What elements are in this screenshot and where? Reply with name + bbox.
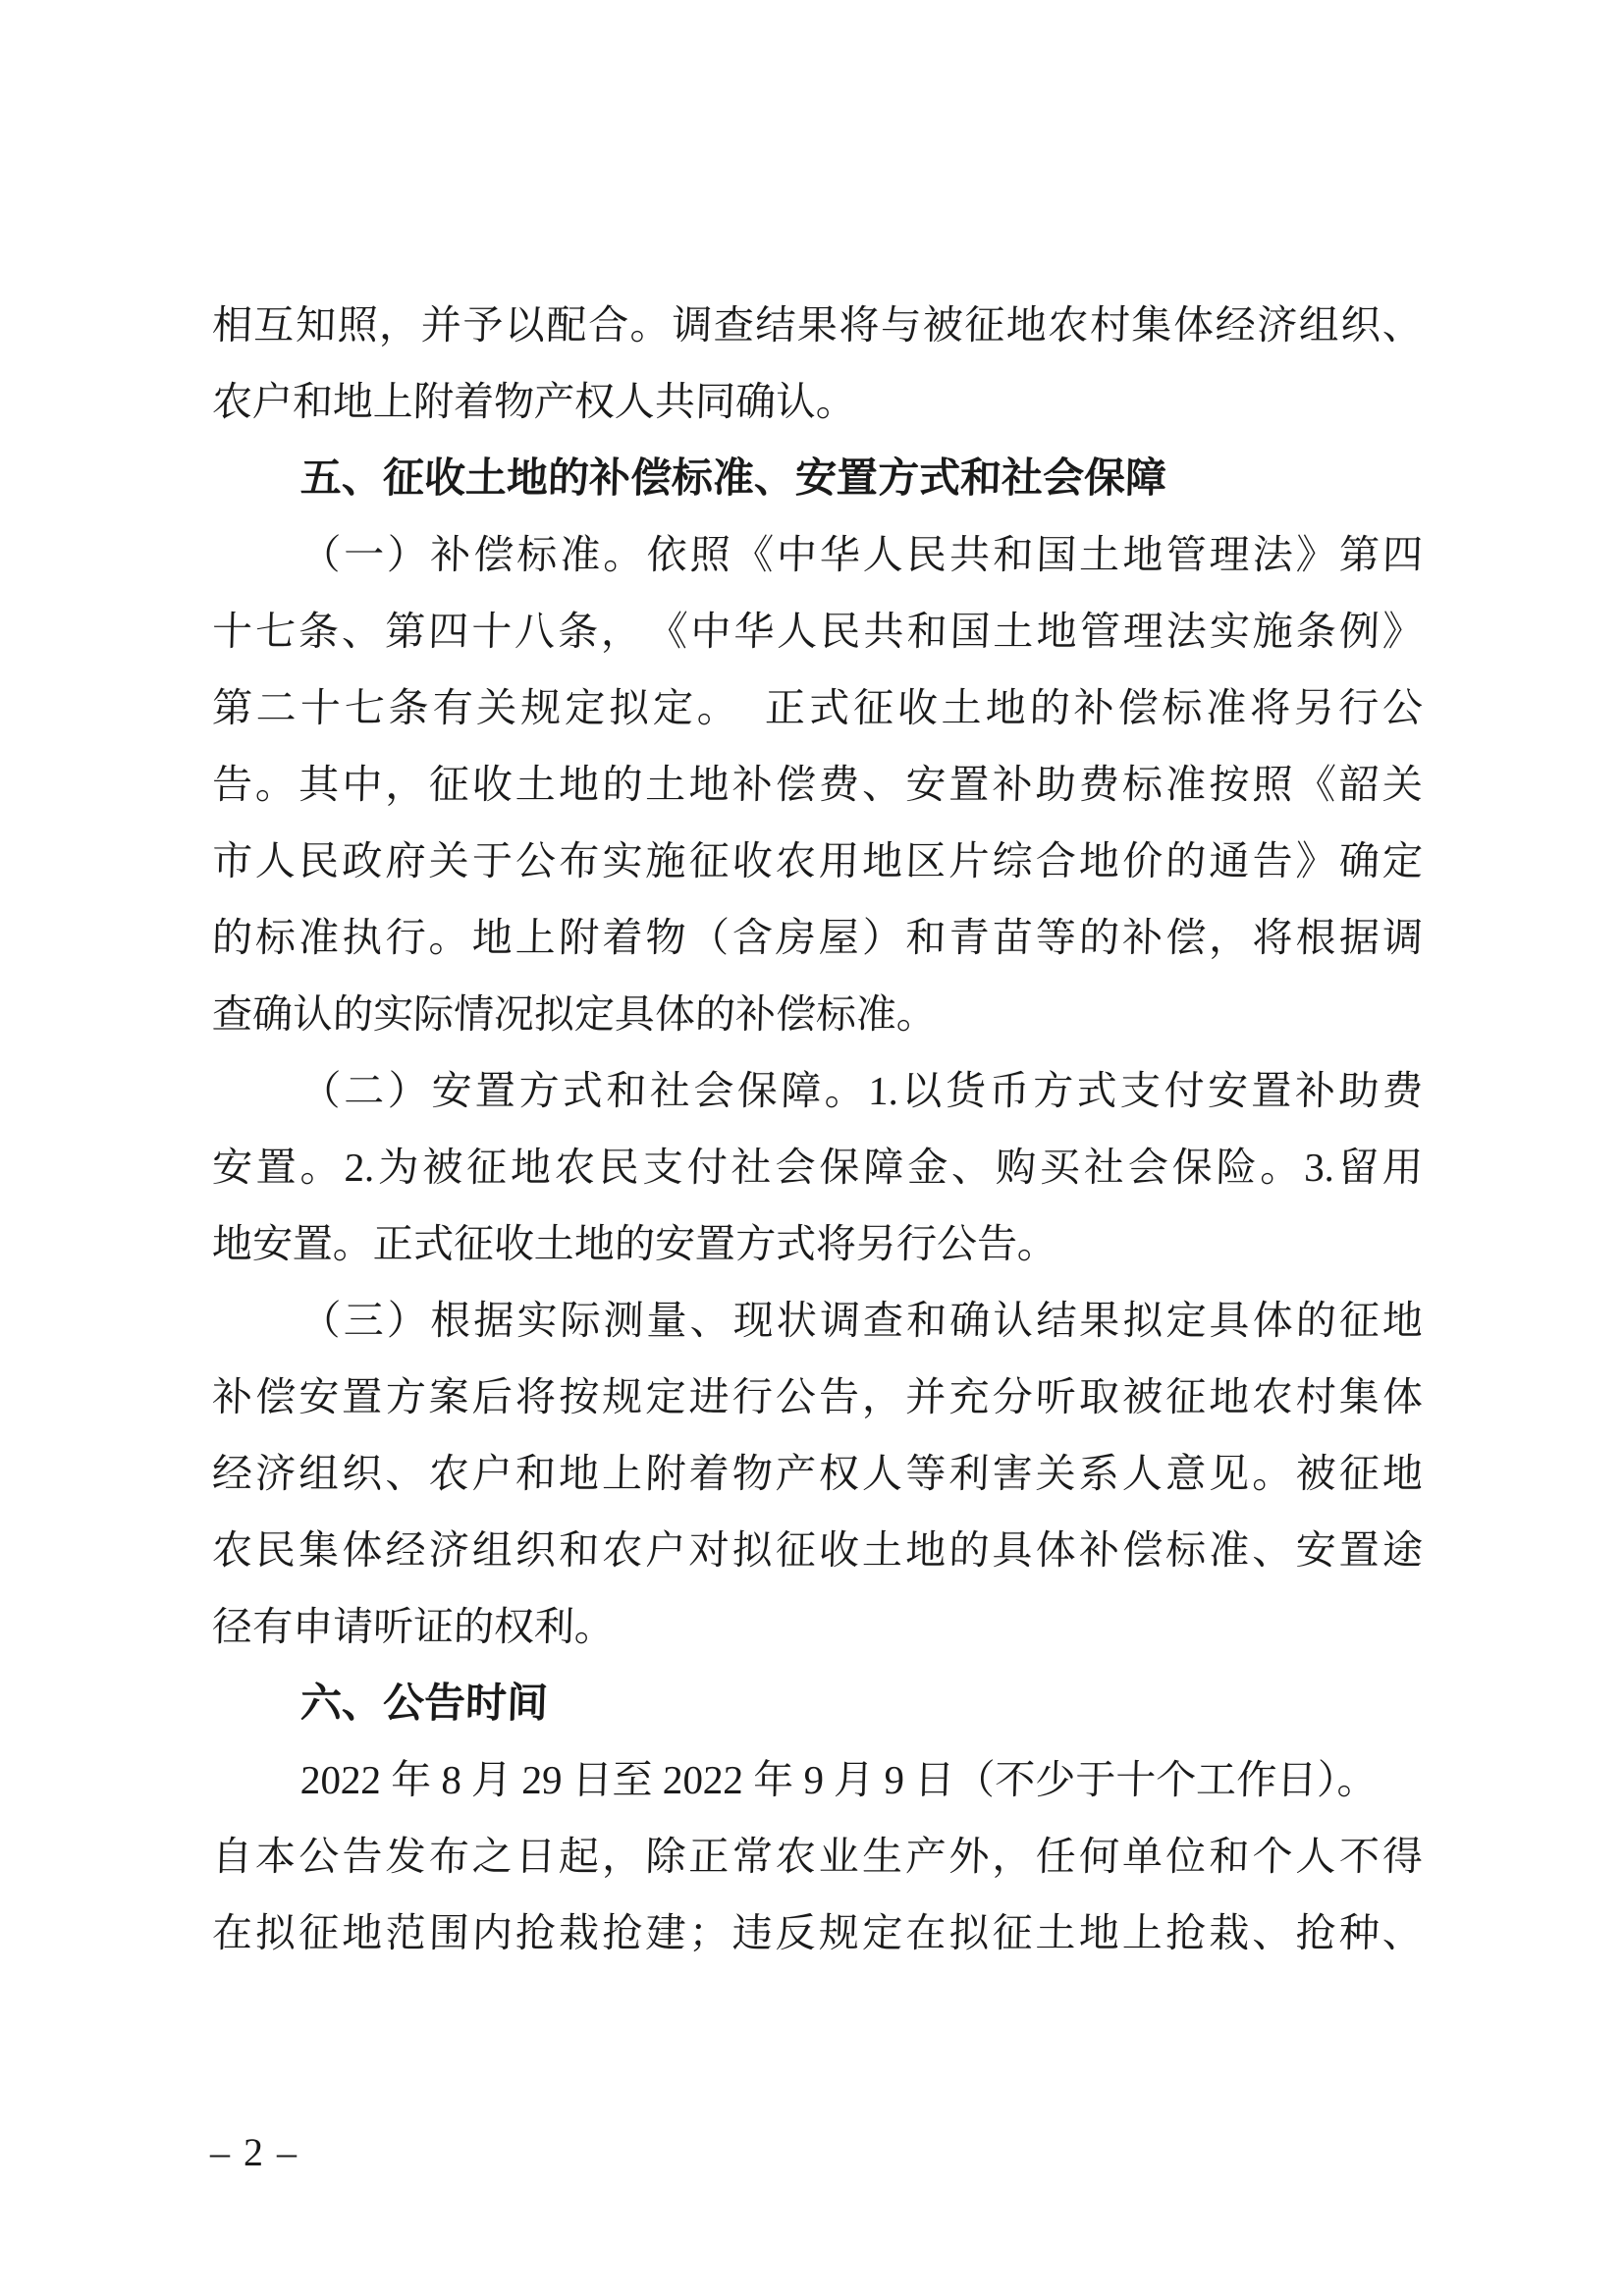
text-line: 农民集体经济组织和农户对拟征收土地的具体补偿标准、安置途 xyxy=(211,1512,1424,1588)
text-line: 径有申请听证的权利。 xyxy=(211,1588,1424,1665)
text-line: 在拟征地范围内抢栽抢建；违反规定在拟征土地上抢栽、抢种、 xyxy=(211,1895,1424,1971)
section-heading: 五、征收土地的补偿标准、安置方式和社会保障 xyxy=(211,440,1424,516)
text-line: 的标准执行。地上附着物（含房屋）和青苗等的补偿，将根据调 xyxy=(211,899,1424,976)
text-line: 2022 年 8 月 29 日至 2022 年 9 月 9 日（不少于十个工作日… xyxy=(211,1741,1424,1818)
section-heading: 六、公告时间 xyxy=(211,1665,1424,1741)
text-line: 相互知照，并予以配合。调查结果将与被征地农村集体经济组织、 xyxy=(211,287,1424,363)
page-number: – 2 – xyxy=(210,2128,298,2177)
text-line: （一）补偿标准。依照《中华人民共和国土地管理法》第四 xyxy=(211,516,1424,593)
text-line: 安置。2.为被征地农民支付社会保障金、购买社会保险。3.留用 xyxy=(211,1129,1424,1205)
text-line: 查确认的实际情况拟定具体的补偿标准。 xyxy=(211,976,1424,1052)
text-line: （二）安置方式和社会保障。1.以货币方式支付安置补助费 xyxy=(211,1052,1424,1129)
text-line: 告。其中，征收土地的土地补偿费、安置补助费标准按照《韶关 xyxy=(211,746,1424,823)
text-line: 地安置。正式征收土地的安置方式将另行公告。 xyxy=(211,1205,1424,1282)
text-line: 经济组织、农户和地上附着物产权人等利害关系人意见。被征地 xyxy=(211,1435,1424,1512)
text-line: 自本公告发布之日起，除正常农业生产外，任何单位和个人不得 xyxy=(211,1818,1424,1895)
text-line: 市人民政府关于公布实施征收农用地区片综合地价的通告》确定 xyxy=(211,823,1424,899)
text-line: 补偿安置方案后将按规定进行公告，并充分听取被征地农村集体 xyxy=(211,1359,1424,1435)
text-line: 十七条、第四十八条， 《中华人民共和国土地管理法实施条例》 xyxy=(211,593,1424,669)
text-line: （三）根据实际测量、现状调查和确认结果拟定具体的征地 xyxy=(211,1282,1424,1359)
document-page: 相互知照，并予以配合。调查结果将与被征地农村集体经济组织、农户和地上附着物产权人… xyxy=(0,0,1624,2296)
text-line: 第二十七条有关规定拟定。 正式征收土地的补偿标准将另行公 xyxy=(211,669,1424,746)
notice-body: 相互知照，并予以配合。调查结果将与被征地农村集体经济组织、农户和地上附着物产权人… xyxy=(212,287,1423,1971)
text-line: 农户和地上附着物产权人共同确认。 xyxy=(211,363,1424,440)
